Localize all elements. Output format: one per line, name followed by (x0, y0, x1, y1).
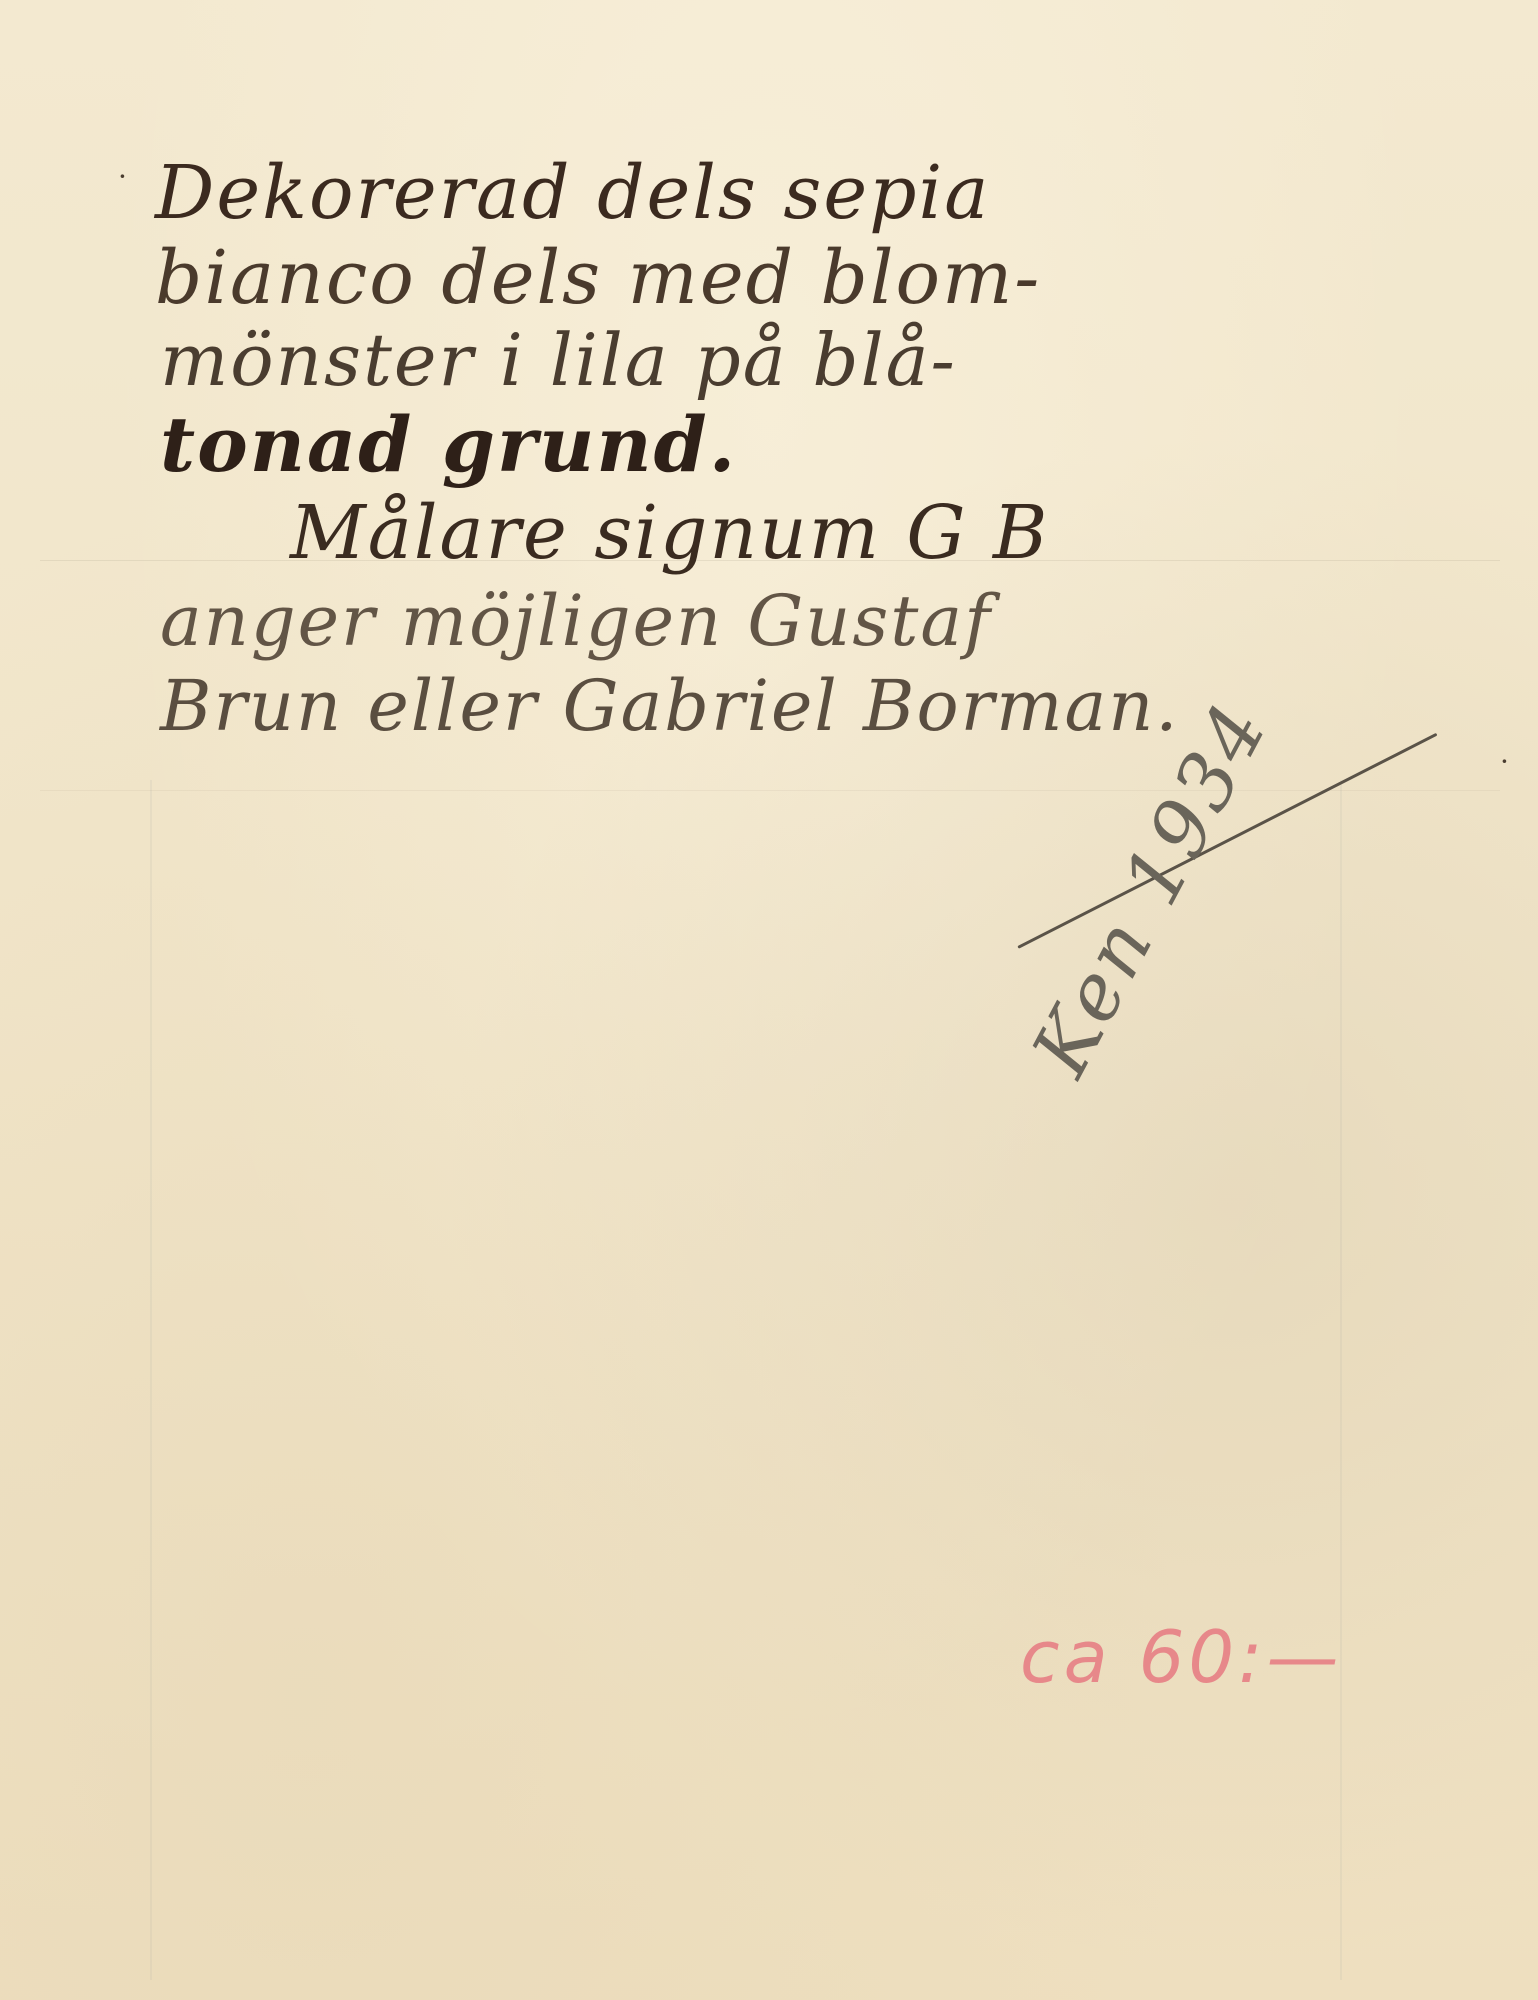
handwritten-line-5: Målare signum G B (290, 490, 1049, 576)
red-pencil-price: ca 60:— (1020, 1615, 1342, 1699)
handwritten-line-7: Brun eller Gabriel Borman. (160, 665, 1180, 747)
handwritten-line-4: tonad grund. (160, 400, 737, 489)
ken-1934-annotation: Ken 1934 (1016, 688, 1287, 1090)
bleed-through-mark (1340, 780, 1342, 1980)
bleed-through-mark (150, 780, 152, 1980)
handwritten-line-3: mönster i lila på blå- (160, 318, 957, 402)
handwritten-line-1: Dekorerad dels sepia (155, 150, 990, 236)
ink-dot: · (118, 160, 127, 193)
handwritten-line-2: bianco dels med blom- (155, 235, 1041, 321)
handwritten-line-6: anger möjligen Gustaf (160, 580, 992, 662)
paper-crease (40, 790, 1500, 791)
document-page: Dekorerad dels sepia bianco dels med blo… (0, 0, 1538, 2000)
ink-dot: · (1500, 745, 1509, 778)
